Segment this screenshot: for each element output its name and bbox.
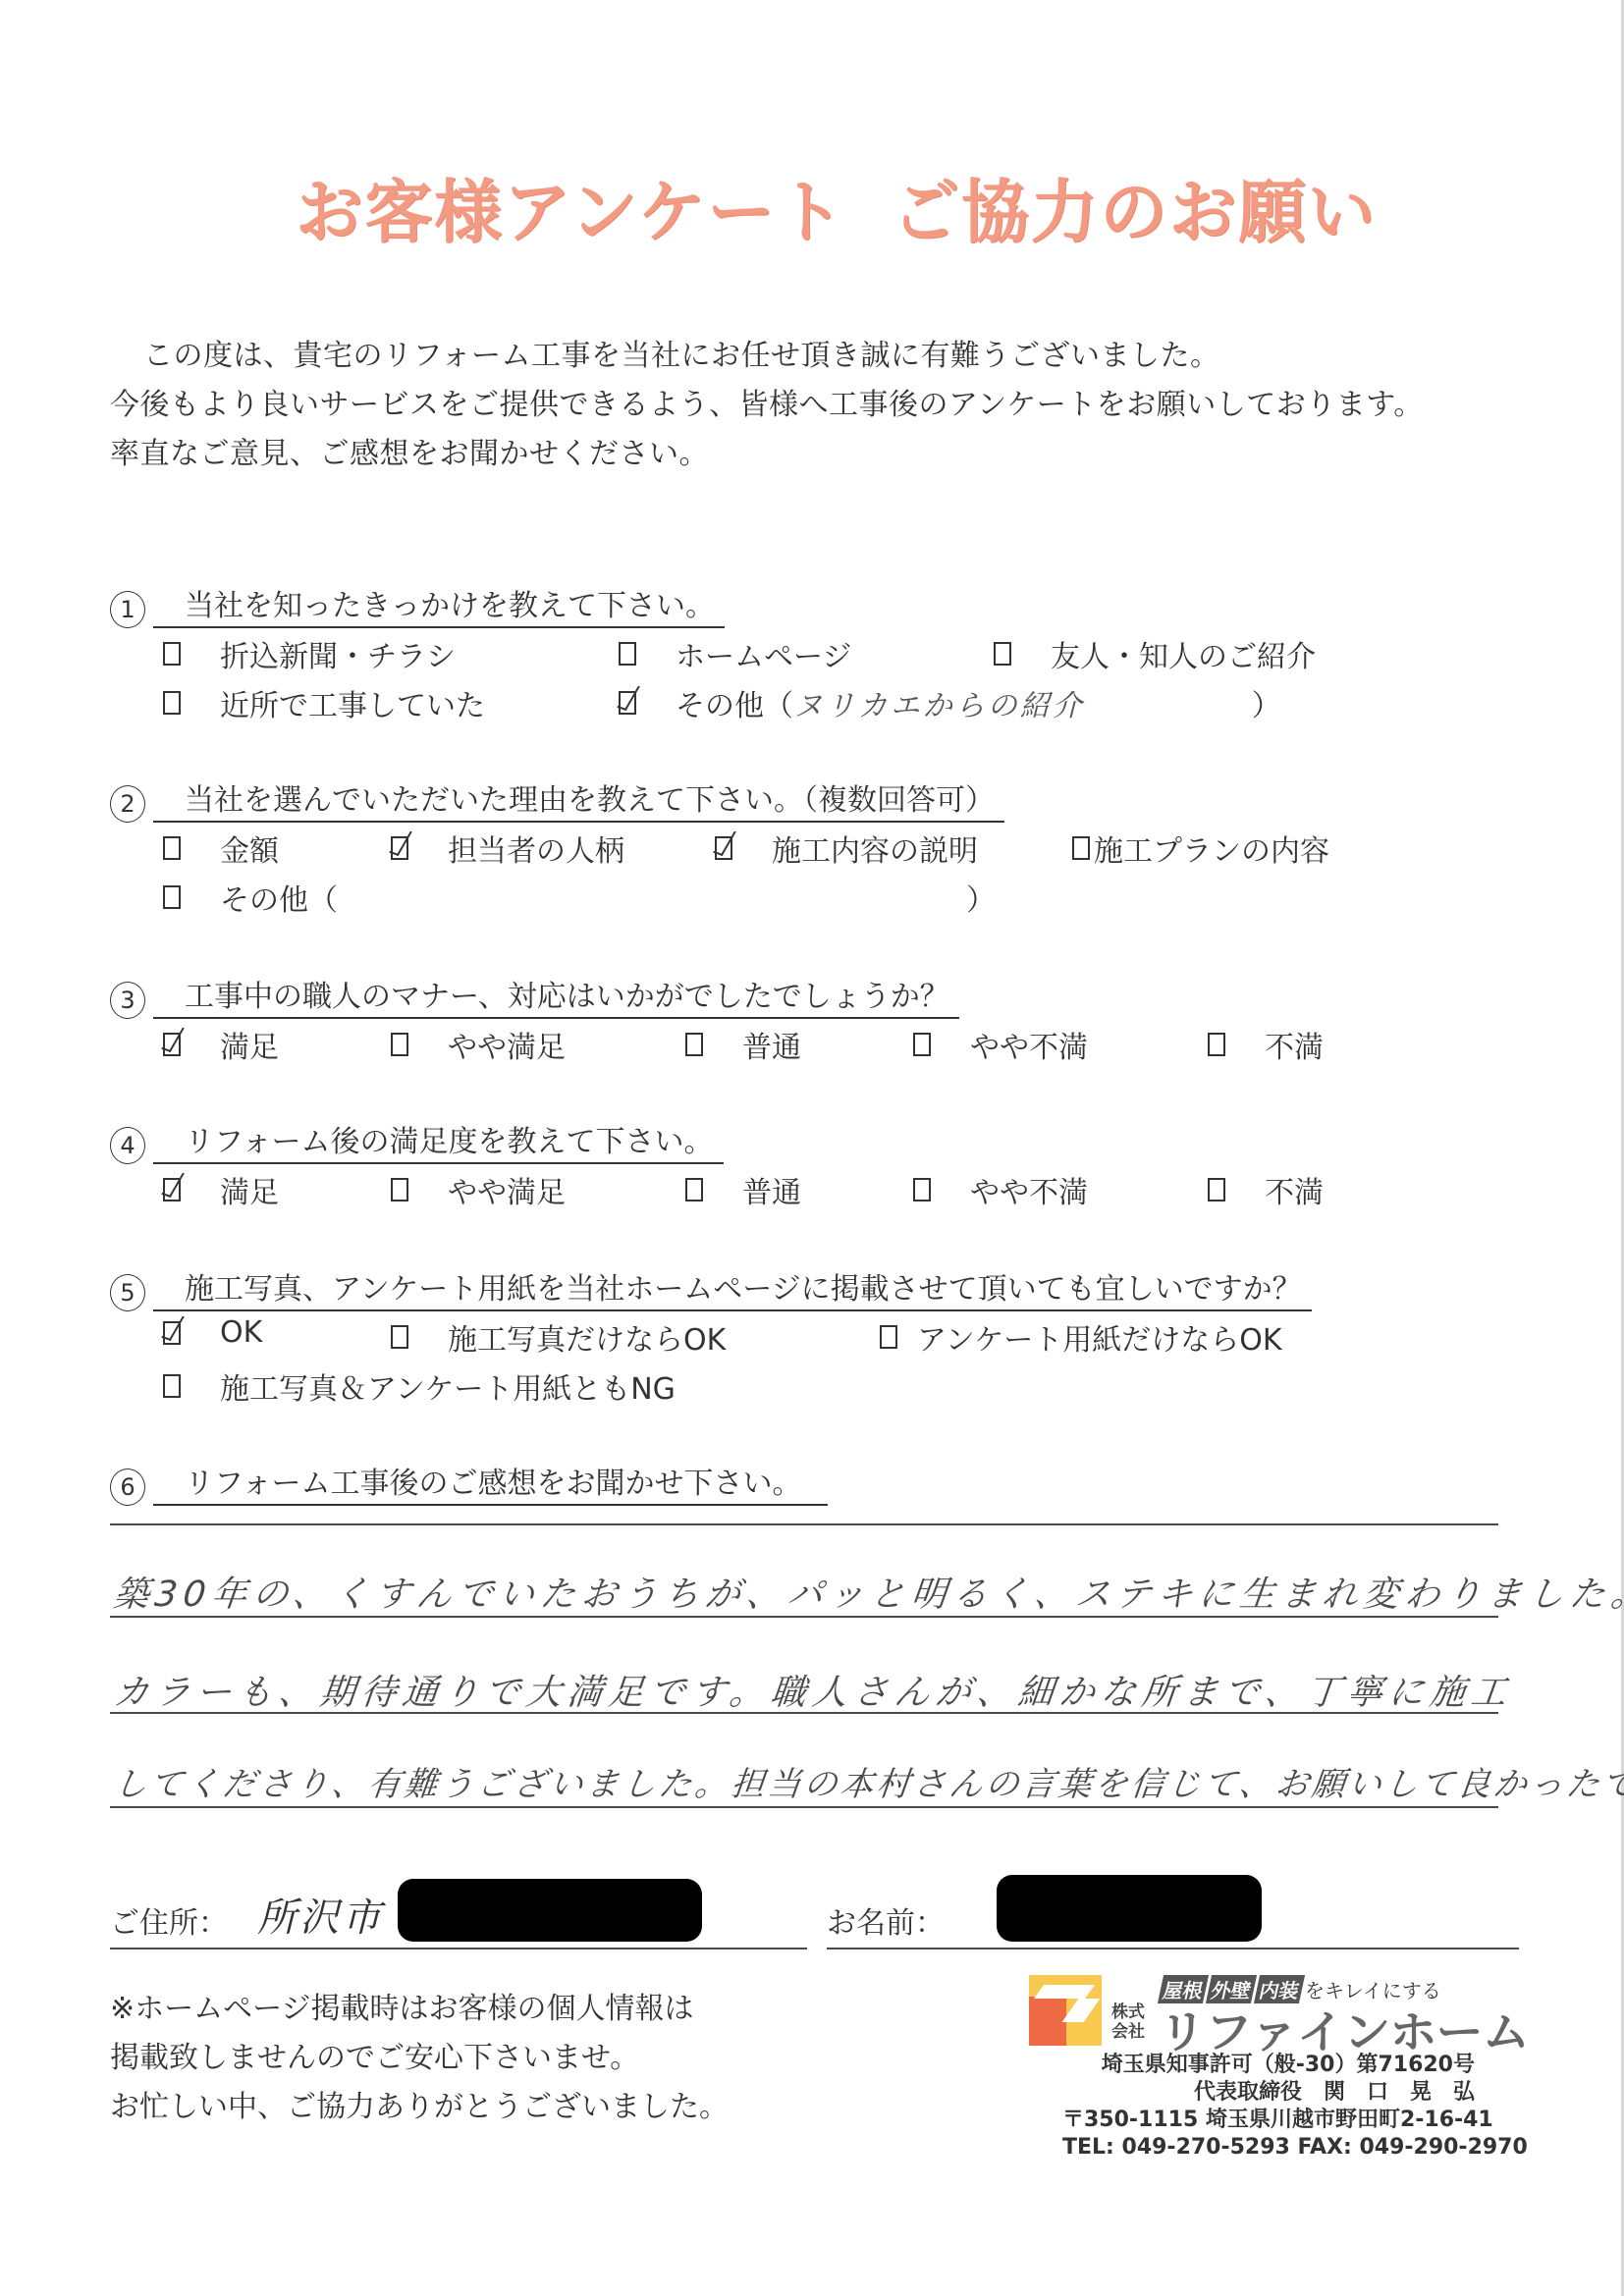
checkbox-checked[interactable]: [619, 691, 636, 715]
question-text: 当社を選んでいただいた理由を教えて下さい。（複数回答可）: [153, 775, 1004, 823]
option-satisfied[interactable]: 満足: [163, 1168, 279, 1211]
checkbox-checked[interactable]: [163, 1321, 181, 1345]
page-title: お客様アンケートご協力のお願い: [296, 157, 1354, 256]
option-survey-only[interactable]: アンケート用紙だけならOK: [880, 1315, 1282, 1359]
answer-rule: [110, 1806, 1498, 1808]
intro-line-2: 今後もより良いサービスをご提供できるよう、皆様へ工事後のアンケートをお願いしてお…: [110, 381, 1424, 430]
option-label: ホームページ: [676, 632, 851, 675]
address-label: ご住所：: [110, 1898, 228, 1942]
option-label: 施工写真だけならOK: [448, 1315, 726, 1359]
option-other[interactable]: その他（ヌリカエからの紹介）: [619, 681, 1281, 724]
option-label: アンケート用紙だけならOK: [917, 1315, 1282, 1359]
question-2: 2当社を選んでいただいた理由を教えて下さい。（複数回答可）: [110, 775, 1004, 823]
checkbox-checked[interactable]: [715, 836, 732, 860]
question-6: 6リフォーム工事後のご感想をお聞かせ下さい。: [110, 1459, 828, 1506]
option-label: 金額: [220, 827, 279, 870]
option-satisfied[interactable]: 満足: [163, 1023, 279, 1066]
checkbox[interactable]: [619, 642, 636, 666]
option-somewhat-satisfied[interactable]: やや満足: [391, 1023, 566, 1066]
name-redaction: [997, 1875, 1262, 1942]
option-explanation[interactable]: 施工内容の説明: [715, 827, 978, 870]
checkbox-checked[interactable]: [163, 1178, 181, 1201]
question-text: 工事中の職人のマナー、対応はいかがでしたでしょうか？: [153, 972, 959, 1019]
company-logo-icon: [1029, 1975, 1102, 2046]
question-4: 4リフォーム後の満足度を教えて下さい。: [110, 1117, 724, 1164]
checkbox[interactable]: [880, 1325, 897, 1349]
checkbox[interactable]: [1208, 1033, 1225, 1056]
option-neutral[interactable]: 普通: [685, 1023, 801, 1066]
question-text: リフォーム工事後のご感想をお聞かせ下さい。: [153, 1459, 828, 1506]
answer-rule: [110, 1712, 1498, 1714]
option-label: 施工写真＆アンケート用紙ともNG: [220, 1364, 676, 1408]
option-homepage[interactable]: ホームページ: [619, 632, 851, 675]
checkbox[interactable]: [163, 836, 181, 860]
option-label: 担当者の人柄: [448, 827, 624, 870]
checkbox[interactable]: [685, 1033, 703, 1056]
question-number: 2: [110, 785, 145, 823]
company-license: 埼玉県知事許可（般-30）第71620号: [1062, 2052, 1475, 2079]
privacy-note: ※ホームページ掲載時はお客様の個人情報は 掲載致しませんのでご安心下さいませ。 …: [110, 1985, 729, 2132]
checkbox[interactable]: [1208, 1178, 1225, 1201]
option-label: その他（: [220, 876, 338, 919]
option-chirashi[interactable]: 折込新聞・チラシ: [163, 632, 456, 675]
option-label: やや満足: [448, 1023, 566, 1066]
option-price[interactable]: 金額: [163, 827, 279, 870]
question-number: 1: [110, 591, 145, 628]
other-answer-handwritten: ヌリカエからの紹介: [793, 681, 1085, 724]
option-dissatisfied[interactable]: 不満: [1208, 1168, 1324, 1211]
checkbox[interactable]: [391, 1178, 408, 1201]
checkbox[interactable]: [163, 691, 181, 715]
company-contact: TEL: 049-270-5293 FAX: 049-290-2970: [1062, 2134, 1475, 2162]
question-text: 当社を知ったきっかけを教えて下さい。: [153, 581, 725, 628]
option-label: 満足: [220, 1168, 279, 1211]
option-label: 不満: [1265, 1168, 1324, 1211]
name-label: お名前：: [827, 1898, 945, 1942]
option-friend[interactable]: 友人・知人のご紹介: [994, 632, 1316, 675]
option-label: 満足: [220, 1023, 279, 1066]
note-line-1: ※ホームページ掲載時はお客様の個人情報は: [110, 1985, 729, 2034]
option-label: やや不満: [970, 1023, 1088, 1066]
checkbox[interactable]: [913, 1033, 931, 1056]
kk-line-2: 会社: [1111, 2022, 1145, 2042]
address-redaction: [398, 1879, 702, 1942]
company-info: 埼玉県知事許可（般-30）第71620号 代表取締役 関 口 晃 弘 〒350-…: [1062, 2052, 1475, 2162]
answer-rule: [110, 1523, 1498, 1525]
option-neutral[interactable]: 普通: [685, 1168, 801, 1211]
intro-text: この度は、貴宅のリフォーム工事を当社にお任せ頂き誠に有難うございました。 今後も…: [110, 332, 1424, 479]
option-somewhat-dissatisfied[interactable]: やや不満: [913, 1023, 1088, 1066]
question-5: 5施工写真、アンケート用紙を当社ホームページに掲載させて頂いても宜しいですか？: [110, 1264, 1312, 1311]
kabushiki-kaisha: 株式会社: [1111, 2002, 1145, 2042]
option-label: 普通: [742, 1023, 801, 1066]
option-label: その他（: [676, 681, 793, 724]
comment-line-2: カラーも、期待通りで大満足です。職人さんが、細かな所まで、丁寧に施工: [111, 1665, 1515, 1715]
question-number: 4: [110, 1127, 145, 1164]
option-label: やや満足: [448, 1168, 566, 1211]
option-label: 近所で工事していた: [220, 681, 485, 724]
note-line-2: 掲載致しませんのでご安心下さいませ。: [110, 2034, 729, 2083]
option-photos-only[interactable]: 施工写真だけならOK: [391, 1315, 726, 1359]
option-staff-personality[interactable]: 担当者の人柄: [391, 827, 624, 870]
question-number: 3: [110, 982, 145, 1019]
address-underline: [110, 1948, 807, 1949]
answer-rule: [110, 1616, 1498, 1618]
checkbox[interactable]: [1072, 836, 1090, 860]
option-label: 施工プランの内容: [1094, 827, 1329, 870]
title-sub: ご協力のお願い: [892, 172, 1377, 252]
paren-close: ）: [1252, 681, 1281, 724]
intro-line-1: この度は、貴宅のリフォーム工事を当社にお任せ頂き誠に有難うございました。: [110, 332, 1424, 381]
name-underline: [827, 1948, 1519, 1949]
checkbox[interactable]: [913, 1178, 931, 1201]
checkbox[interactable]: [994, 642, 1011, 666]
option-somewhat-dissatisfied[interactable]: やや不満: [913, 1168, 1088, 1211]
checkbox[interactable]: [163, 885, 181, 909]
checkbox-checked[interactable]: [163, 1033, 181, 1056]
option-nearby[interactable]: 近所で工事していた: [163, 681, 485, 724]
option-label: 折込新聞・チラシ: [220, 632, 456, 675]
note-line-3: お忙しい中、ご協力ありがとうございました。: [110, 2083, 729, 2132]
checkbox[interactable]: [391, 1325, 408, 1349]
comment-line-1: 築30年の、くすんでいたおうちが、パッと明るく、ステキに生まれ変わりました。: [111, 1567, 1624, 1617]
checkbox[interactable]: [685, 1178, 703, 1201]
question-3: 3工事中の職人のマナー、対応はいかがでしたでしょうか？: [110, 972, 959, 1019]
question-text: 施工写真、アンケート用紙を当社ホームページに掲載させて頂いても宜しいですか？: [153, 1264, 1312, 1311]
checkbox[interactable]: [163, 642, 181, 666]
comment-line-3: してくださり、有難うございました。担当の本村さんの言葉を信じて、お願いして良かっ…: [111, 1757, 1624, 1805]
company-representative: 代表取締役 関 口 晃 弘: [1062, 2079, 1475, 2107]
option-label: 友人・知人のご紹介: [1051, 632, 1316, 675]
option-label: やや不満: [970, 1168, 1088, 1211]
checkbox[interactable]: [391, 1033, 408, 1056]
option-label: 施工内容の説明: [772, 827, 978, 870]
intro-line-3: 率直なご意見、ご感想をお聞かせください。: [110, 430, 1424, 479]
address-value-handwritten: 所沢市: [257, 1887, 384, 1943]
option-label: OK: [220, 1315, 262, 1350]
title-main: お客様アンケート: [296, 172, 845, 252]
option-plan[interactable]: 施工プランの内容: [1072, 827, 1329, 870]
option-dissatisfied[interactable]: 不満: [1208, 1023, 1324, 1066]
option-ok[interactable]: OK: [163, 1315, 262, 1350]
option-ng[interactable]: 施工写真＆アンケート用紙ともNG: [163, 1364, 676, 1408]
option-label: 普通: [742, 1168, 801, 1211]
question-number: 5: [110, 1274, 145, 1311]
company-address: 〒350-1115 埼玉県川越市野田町2-16-41: [1062, 2107, 1475, 2134]
question-text: リフォーム後の満足度を教えて下さい。: [153, 1117, 724, 1164]
question-number: 6: [110, 1468, 145, 1506]
option-label: 不満: [1265, 1023, 1324, 1066]
paren-close: ）: [966, 876, 996, 919]
option-other[interactable]: その他（）: [163, 876, 996, 919]
option-somewhat-satisfied[interactable]: やや満足: [391, 1168, 566, 1211]
checkbox-checked[interactable]: [391, 836, 408, 860]
kk-line-1: 株式: [1111, 2002, 1145, 2022]
checkbox[interactable]: [163, 1374, 181, 1398]
question-1: 1当社を知ったきっかけを教えて下さい。: [110, 581, 725, 628]
